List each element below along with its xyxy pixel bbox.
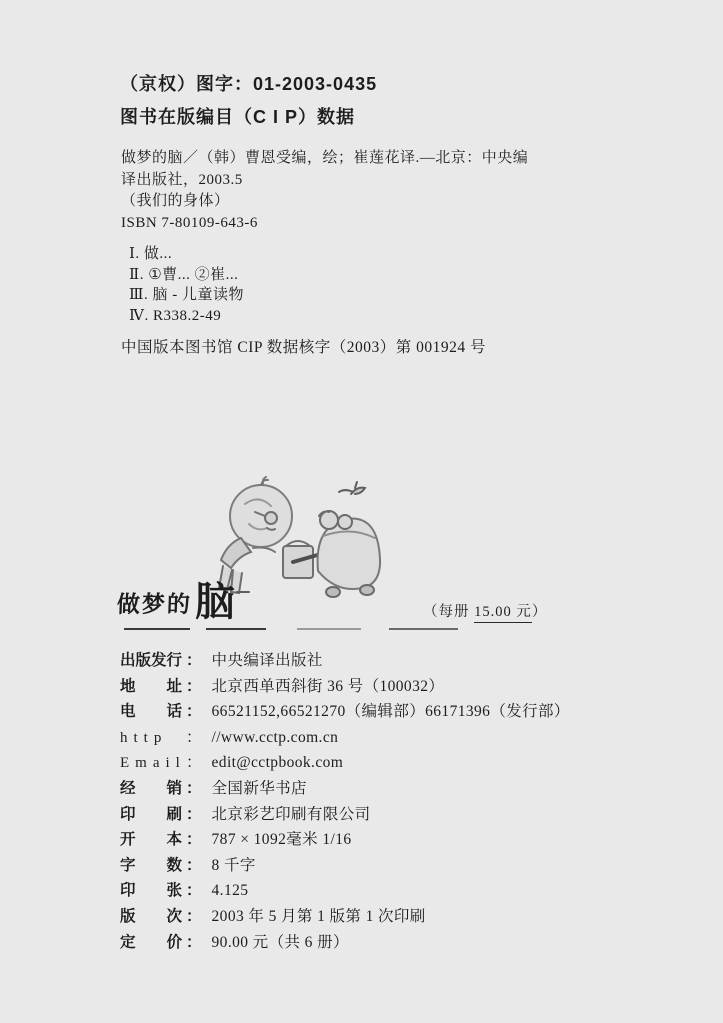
cip-record-number: 中国版本图书馆 CIP 数据核字（2003）第 001924 号 <box>121 335 486 357</box>
row-colon: ： <box>186 750 202 772</box>
cip-line-1: 做梦的脑／（韩）曹恩受编，绘；崔莲花译.—北京：中央编 <box>121 148 528 170</box>
row-value: 8 千字 <box>212 853 256 875</box>
row-value: 90.00 元（共 6 册） <box>212 930 349 952</box>
cip-line-2: 译出版社，2003.5 <box>121 170 528 192</box>
underline-dash <box>389 628 458 630</box>
book-copyright-page: （京权）图字：01-2003-0435 图书在版编目（C I P）数据 做梦的脑… <box>0 0 723 1023</box>
classification-block: Ⅰ. 做... Ⅱ. ①曹... ②崔... Ⅲ. 脑 - 儿童读物 Ⅳ. R3… <box>129 244 244 326</box>
colophon-row-word-count: 字 数：8 千字 <box>120 853 570 879</box>
per-volume-price: （每册 15.00 元） <box>423 600 547 621</box>
row-label: 印 刷 <box>120 802 186 824</box>
colophon-row-edition: 版 次：2003 年 5 月第 1 版第 1 次印刷 <box>120 904 570 930</box>
book-title: 做梦的 脑 <box>117 585 235 619</box>
row-value: 全国新华书店 <box>212 776 307 798</box>
underline-dash <box>124 628 190 630</box>
colophon-row-address: 地 址：北京西单西斜街 36 号（100032） <box>120 674 570 700</box>
row-colon: ： <box>186 674 202 696</box>
book-title-big-part: 脑 <box>195 585 235 619</box>
registration-number: （京权）图字：01-2003-0435 <box>120 70 377 96</box>
colophon-row-printer: 印 刷：北京彩艺印刷有限公司 <box>120 802 570 828</box>
classification-item: Ⅳ. R338.2-49 <box>129 306 244 327</box>
row-colon: ： <box>186 827 202 849</box>
colophon-row-sheets: 印 张：4.125 <box>120 878 570 904</box>
series-note: （我们的身体） <box>121 191 528 213</box>
colophon-row-distributor: 经 销：全国新华书店 <box>120 776 570 802</box>
colophon-row-publisher: 出版发行：中央编译出版社 <box>120 648 570 674</box>
row-label: 印 张 <box>120 878 186 900</box>
row-label: 经 销 <box>120 776 186 798</box>
row-colon: ： <box>186 699 202 721</box>
underline-dash <box>297 628 361 630</box>
colophon-table: 出版发行：中央编译出版社 地 址：北京西单西斜街 36 号（100032） 电 … <box>120 648 570 955</box>
row-value: 中央编译出版社 <box>212 648 323 670</box>
row-colon: ： <box>186 648 202 670</box>
price-suffix: ） <box>532 604 548 620</box>
row-label: 定 价 <box>120 930 186 952</box>
row-value: 北京彩艺印刷有限公司 <box>212 802 371 824</box>
cip-heading: 图书在版编目（C I P）数据 <box>120 103 355 129</box>
book-title-small-part: 做梦的 <box>116 586 192 619</box>
colophon-row-http: http：//www.cctp.com.cn <box>120 725 570 751</box>
row-label: 字 数 <box>120 853 186 875</box>
row-colon: ： <box>186 930 202 952</box>
classification-item: Ⅰ. 做... <box>129 244 244 265</box>
row-label: 版 次 <box>120 904 186 926</box>
underline-dash <box>206 628 266 630</box>
row-label: Email <box>120 755 186 772</box>
row-value: 北京西单西斜街 36 号（100032） <box>212 674 445 696</box>
row-label: http <box>120 730 186 747</box>
row-colon: ： <box>186 776 202 798</box>
row-label: 开 本 <box>120 827 186 849</box>
row-value: 4.125 <box>212 882 249 900</box>
row-label: 电 话 <box>120 699 186 721</box>
colophon-row-price: 定 价：90.00 元（共 6 册） <box>120 930 570 956</box>
row-value: edit@cctpbook.com <box>212 754 344 772</box>
row-value: 66521152,66521270（编辑部）66171396（发行部） <box>212 699 570 721</box>
row-label: 地 址 <box>120 674 186 696</box>
isbn: ISBN 7-80109-643-6 <box>121 213 528 235</box>
row-colon: ： <box>186 904 202 926</box>
classification-item: Ⅲ. 脑 - 儿童读物 <box>129 285 244 306</box>
classification-item: Ⅱ. ①曹... ②崔... <box>129 265 244 286</box>
row-value: 787 × 1092毫米 1/16 <box>212 827 352 849</box>
row-colon: ： <box>186 802 202 824</box>
row-colon: ： <box>186 725 202 747</box>
colophon-row-email: Email：edit@cctpbook.com <box>120 750 570 776</box>
colophon-row-telephone: 电 话：66521152,66521270（编辑部）66171396（发行部） <box>120 699 570 725</box>
row-value: //www.cctp.com.cn <box>212 729 339 747</box>
price-prefix: （每册 <box>423 604 474 620</box>
price-value: 15.00 元 <box>474 604 532 623</box>
colophon-row-format: 开 本：787 × 1092毫米 1/16 <box>120 827 570 853</box>
row-value: 2003 年 5 月第 1 版第 1 次印刷 <box>212 904 426 926</box>
cip-description-block: 做梦的脑／（韩）曹恩受编，绘；崔莲花译.—北京：中央编 译出版社，2003.5 … <box>121 148 528 234</box>
row-label: 出版发行 <box>120 648 186 670</box>
row-colon: ： <box>186 853 202 875</box>
row-colon: ： <box>186 878 202 900</box>
